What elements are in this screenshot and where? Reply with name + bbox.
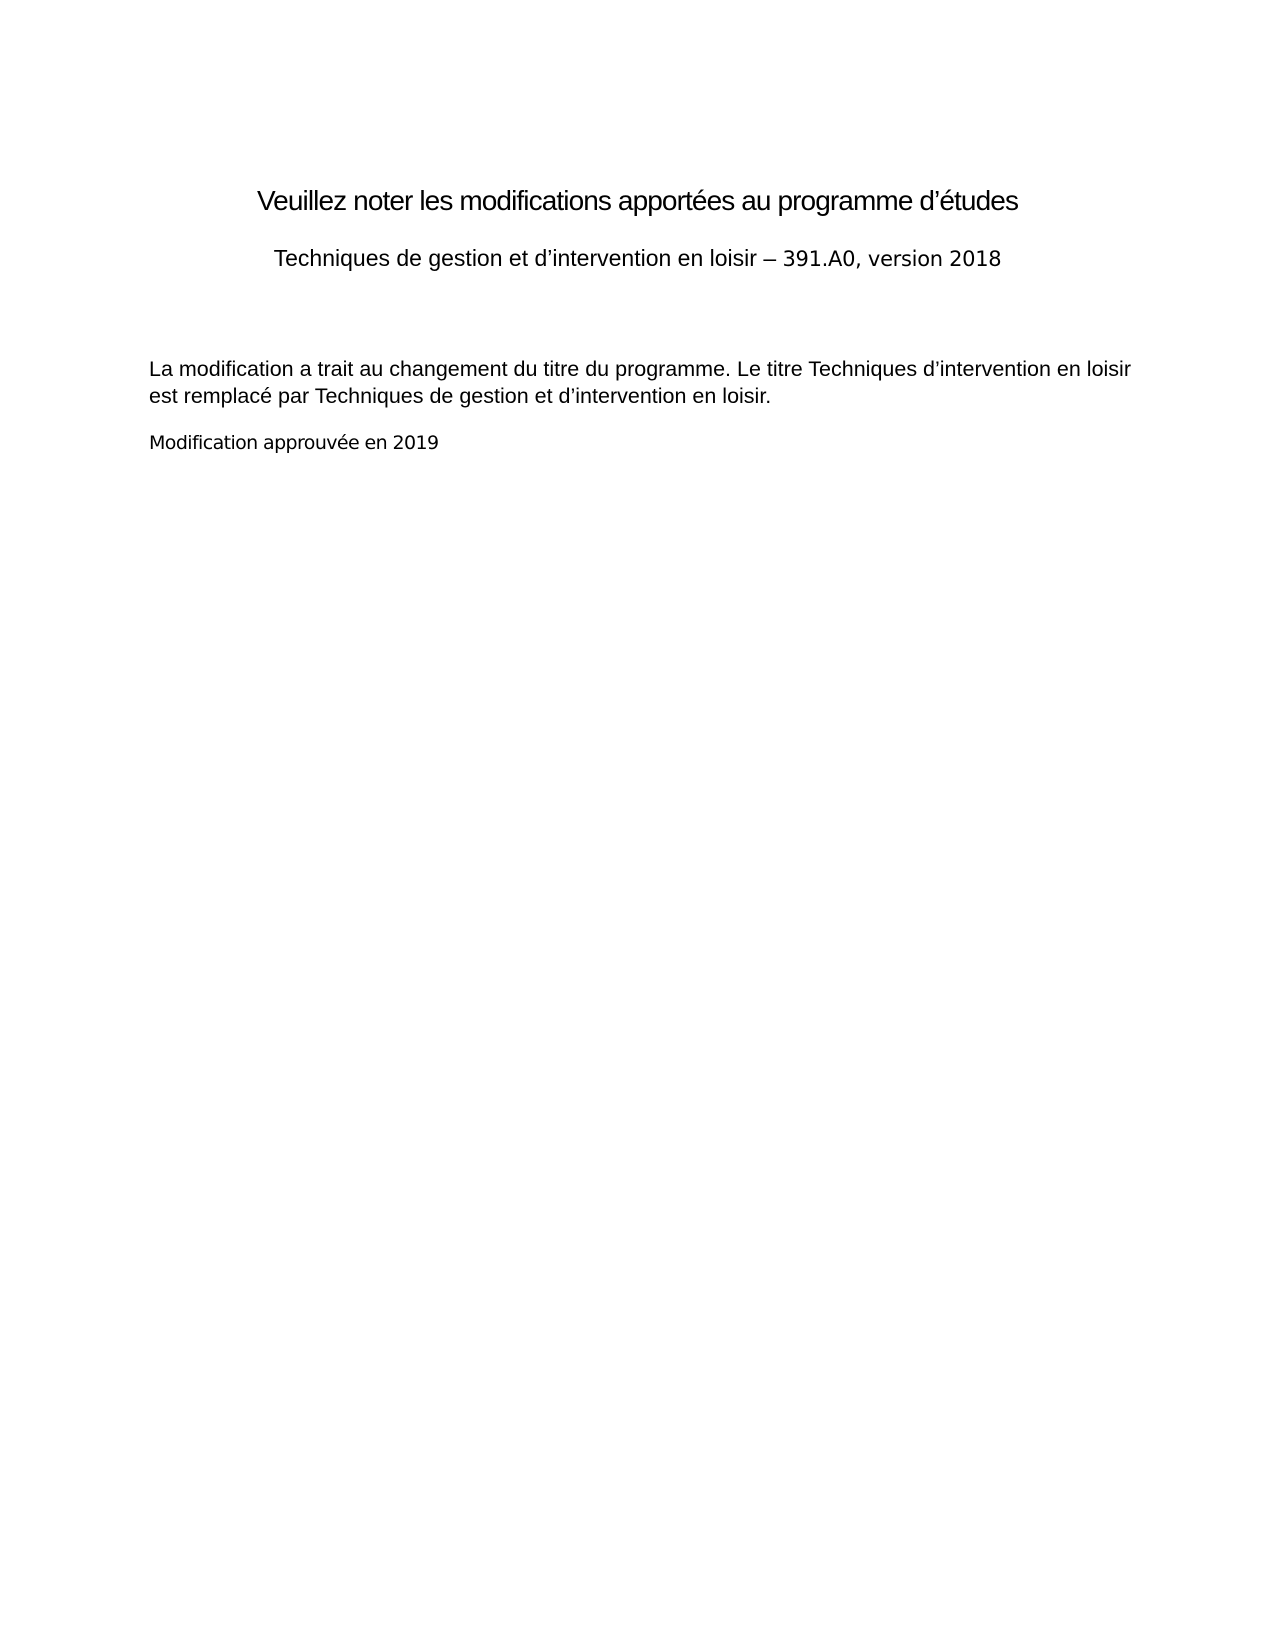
- modification-description: La modification a trait au changement du…: [149, 356, 1139, 410]
- page-title: Veuillez noter les modifications apporté…: [0, 184, 1275, 218]
- program-name: Techniques de gestion et d’intervention …: [274, 245, 783, 271]
- approval-note: Modification approuvée en 2019: [149, 431, 438, 455]
- program-subtitle: Techniques de gestion et d’intervention …: [0, 244, 1275, 273]
- document-page: Veuillez noter les modifications apporté…: [0, 0, 1275, 1650]
- program-code-version: 391.A0, version 2018: [783, 247, 1002, 271]
